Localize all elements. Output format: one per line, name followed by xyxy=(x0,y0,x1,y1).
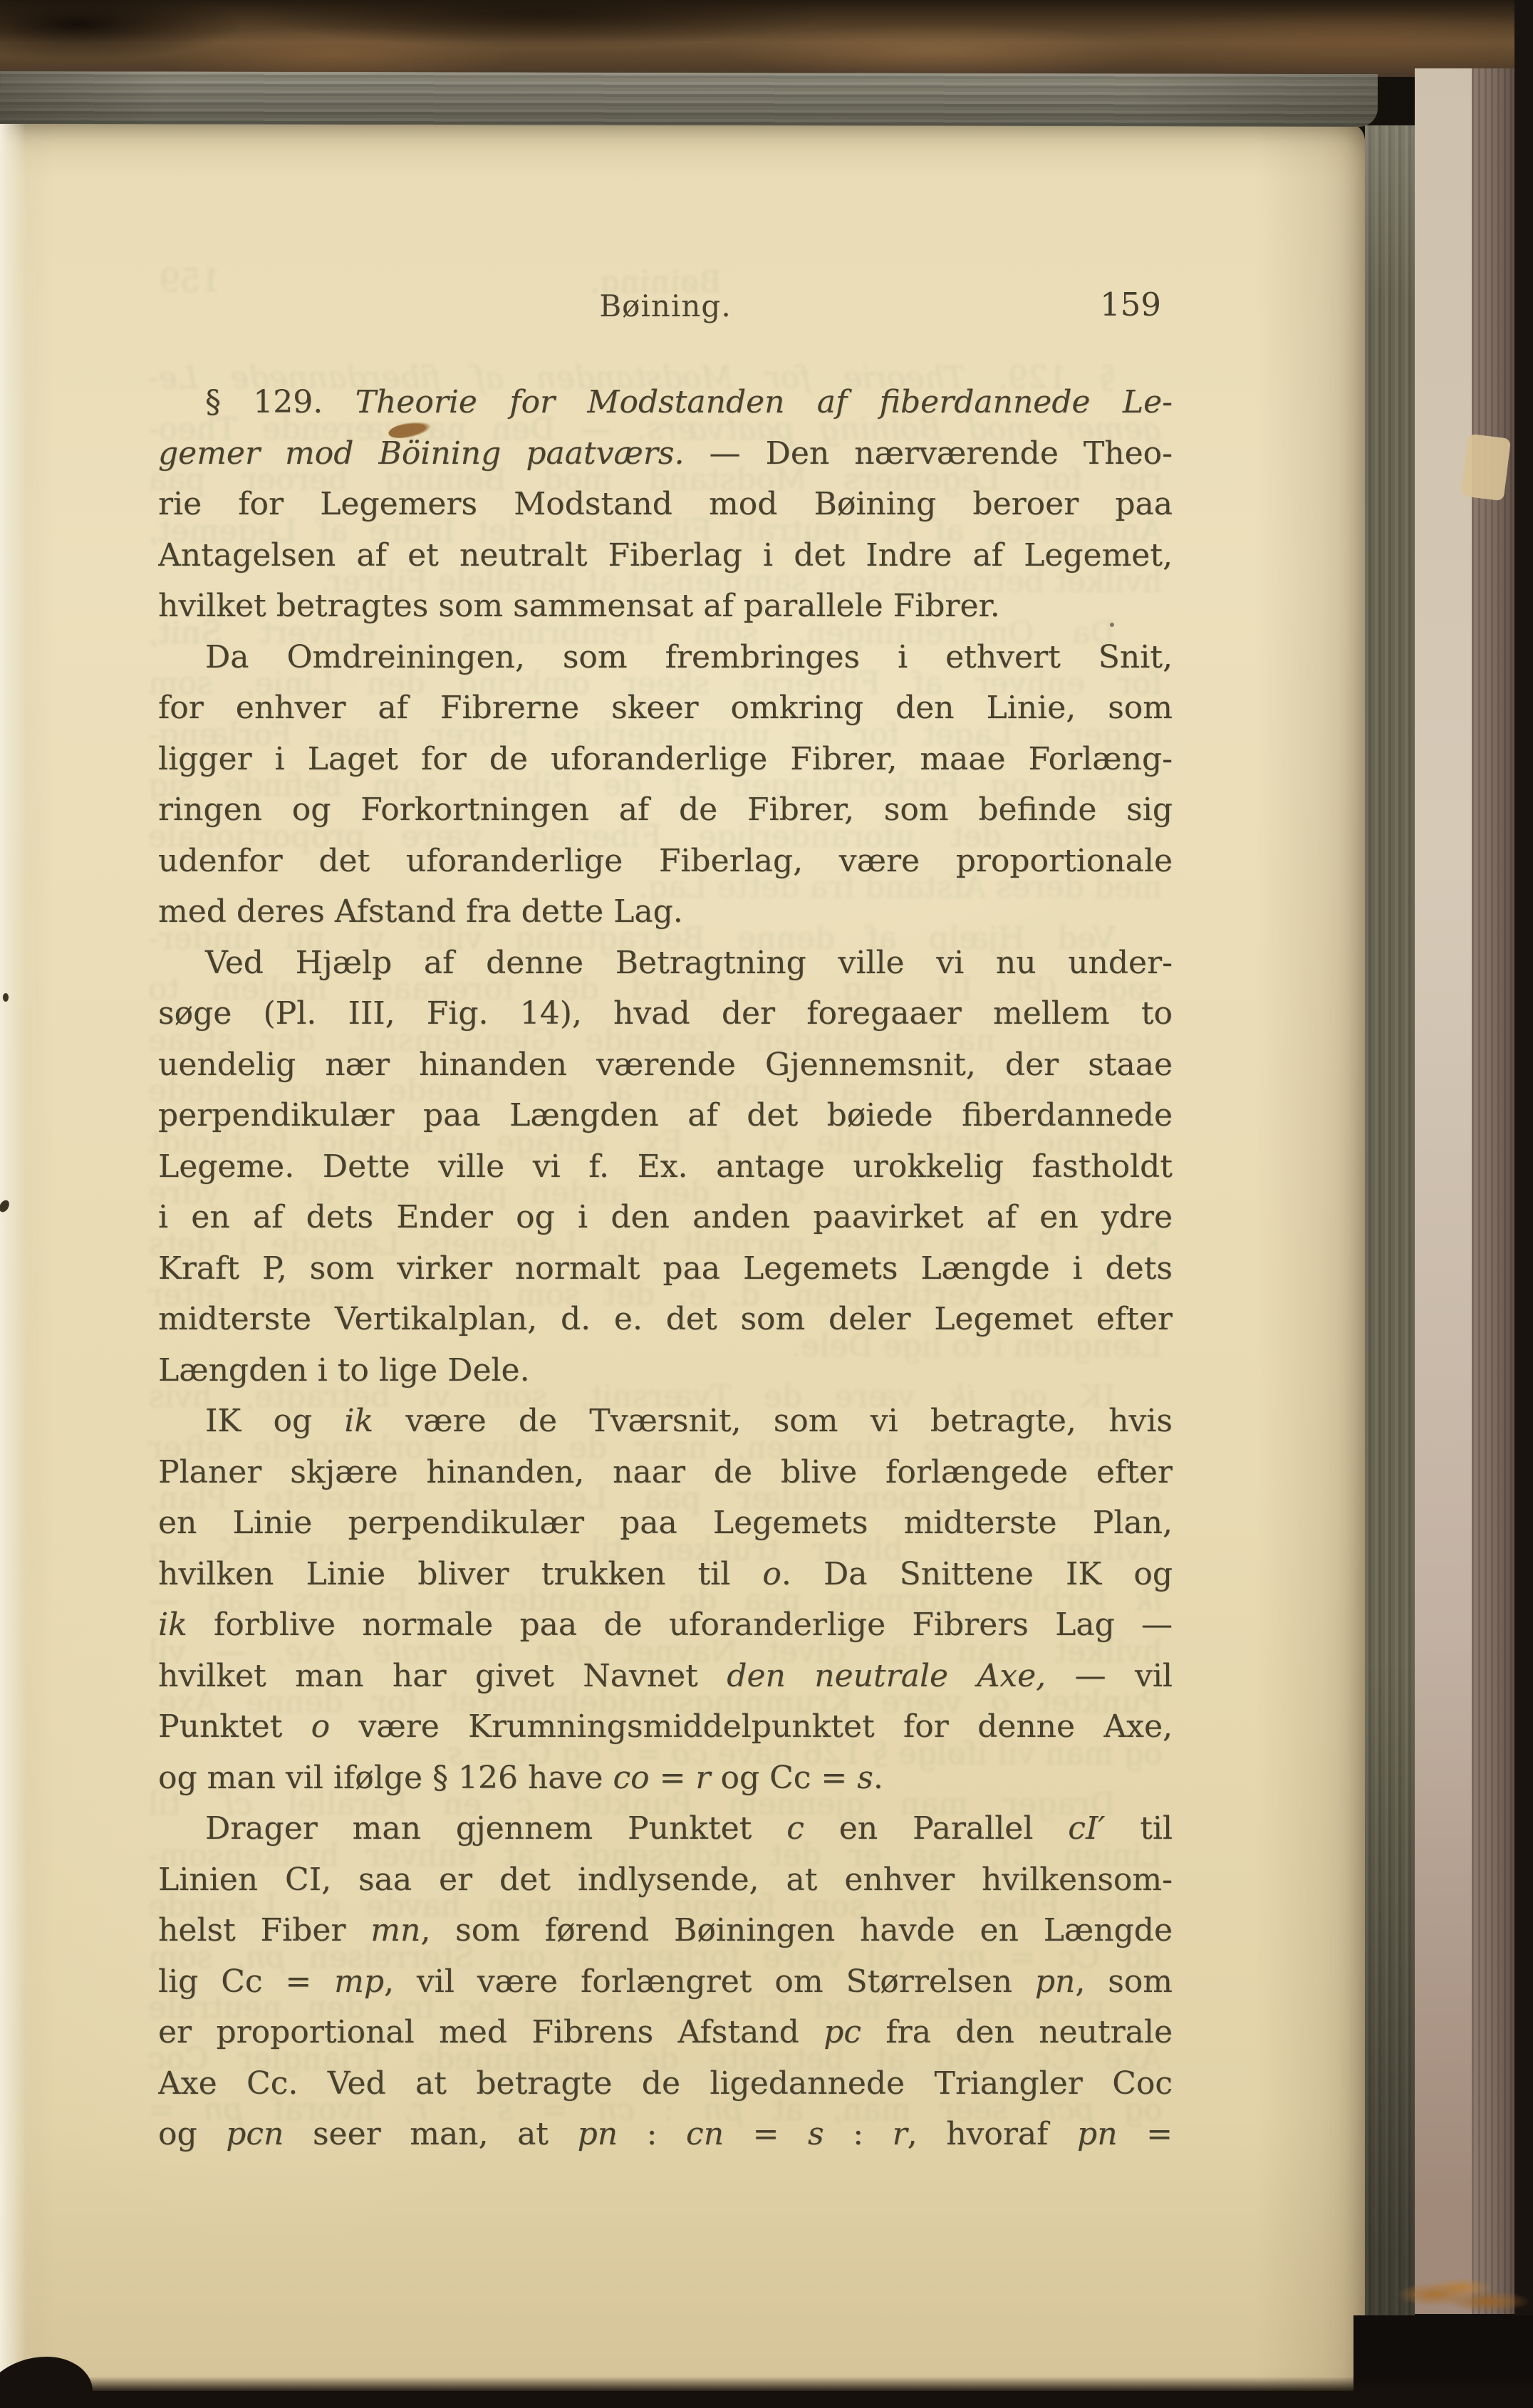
board-edge-light xyxy=(1415,68,1472,2314)
roman-text: — vil xyxy=(1046,1658,1173,1694)
italic-text: cI′ xyxy=(1068,1810,1105,1847)
roman-text: lig Cc = xyxy=(158,1963,334,2000)
italic-text: cn xyxy=(686,2116,724,2152)
roman-text: rie for Legemers Modstand mod Bøining be… xyxy=(158,486,1173,522)
roman-text: i en af dets Ender og i den anden paavir… xyxy=(158,1199,1173,1235)
roman-text: IK og xyxy=(205,1403,344,1439)
page-number: 159 xyxy=(1100,286,1161,323)
italic-text: s xyxy=(857,1760,873,1796)
page-block-top-edge xyxy=(0,71,1378,127)
italic-text: o xyxy=(762,1556,781,1592)
italic-text: co xyxy=(613,1760,649,1796)
italic-text: Theorie for Modstanden af fiberdannede L… xyxy=(355,384,1173,420)
roman-text: Axe Cc. Ved at betragte de ligedannede T… xyxy=(158,2065,1173,2102)
italic-text: pn xyxy=(1077,2116,1118,2152)
text-line: Antagelsen af et neutralt Fiberlag i det… xyxy=(158,530,1173,581)
text-line: uendelig nær hinanden værende Gjennemsni… xyxy=(158,1039,1173,1091)
roman-text: , vil være forlængret om Størrelsen xyxy=(384,1963,1035,2000)
italic-text: pc xyxy=(823,2014,861,2050)
text-line: hvilken Linie bliver trukken til o. Da S… xyxy=(158,1549,1173,1600)
text-line: perpendikulær paa Længden af det bøiede … xyxy=(158,1090,1173,1141)
roman-text: med deres Afstand fra dette Lag. xyxy=(158,893,683,930)
roman-text: , som førend Bøiningen havde en Længde xyxy=(420,1912,1173,1948)
text-line: ringen og Forkortningen af de Fibrer, so… xyxy=(158,784,1173,836)
roman-text: Punktet xyxy=(158,1708,311,1745)
roman-text: hvilket man har givet Navnet xyxy=(158,1658,727,1694)
italic-text: o xyxy=(311,1708,331,1745)
text-line: i en af dets Ender og i den anden paavir… xyxy=(158,1192,1173,1243)
roman-text: og xyxy=(158,2116,226,2152)
roman-text: ligger i Laget for de uforanderlige Fibr… xyxy=(158,741,1173,777)
text-line: for enhver af Fibrerne skeer omkring den… xyxy=(158,683,1173,734)
roman-text: være Krumningsmiddelpunktet for denne Ax… xyxy=(330,1708,1173,1745)
paper-speck xyxy=(3,993,9,1002)
text-line: hvilket man har givet Navnet den neutral… xyxy=(158,1651,1173,1702)
roman-text: en Parallel xyxy=(804,1810,1068,1847)
roman-text: Kraft P, som virker normalt paa Legemets… xyxy=(158,1250,1173,1287)
roman-text: en Linie perpendikulær paa Legemets midt… xyxy=(158,1505,1173,1541)
roman-text: hvilken Linie bliver trukken til xyxy=(158,1556,762,1592)
text-line: gemer mod Böining paatværs. — Den nærvær… xyxy=(158,428,1173,479)
roman-text: — Den nærværende Theo- xyxy=(684,435,1173,472)
italic-text: c xyxy=(786,1810,804,1847)
text-line: Punktet o være Krumningsmiddelpunktet fo… xyxy=(158,1701,1173,1753)
text-line: midterste Vertikalplan, d. e. det som de… xyxy=(158,1294,1173,1345)
italic-text: ik xyxy=(344,1403,373,1439)
text-line: hvilket betragtes som sammensat af paral… xyxy=(158,581,1173,632)
italic-text: pn xyxy=(1035,1963,1076,2000)
roman-text: seer man, at xyxy=(284,2116,577,2152)
page-header: Bøining. 159 xyxy=(158,289,1173,333)
text-line: rie for Legemers Modstand mod Bøining be… xyxy=(158,479,1173,530)
text-line: med deres Afstand fra dette Lag. xyxy=(158,886,1173,938)
body-text: § 129. Theorie for Modstanden af fiberda… xyxy=(158,377,1173,2160)
text-line: en Linie perpendikulær paa Legemets midt… xyxy=(158,1498,1173,1549)
page-gutter-light-edge xyxy=(0,123,26,2391)
roman-text: forblive normale paa de uforanderlige Fi… xyxy=(187,1607,1173,1643)
text-layer: Bøining. 159 § 129. Theorie for Modstand… xyxy=(158,123,1173,2391)
roman-text: Legeme. Dette ville vi f. Ex. antage uro… xyxy=(158,1148,1173,1185)
roman-text: . Da Snittene IK og xyxy=(781,1556,1173,1592)
text-line: Planer skjære hinanden, naar de blive fo… xyxy=(158,1447,1173,1498)
text-line: § 129. Theorie for Modstanden af fiberda… xyxy=(158,377,1173,428)
italic-text: r xyxy=(893,2116,908,2152)
roman-text: helst Fiber xyxy=(158,1912,370,1948)
italic-text: den neutrale Axe, xyxy=(727,1658,1046,1694)
cover-fray-corner xyxy=(1393,2274,1529,2320)
scanned-book-photo: Bøining. 159 § 129. Theorie for Modstand… xyxy=(0,0,1533,2408)
text-line: og man vil ifølge § 126 have co = r og C… xyxy=(158,1753,1173,1804)
roman-text: = xyxy=(650,1760,696,1796)
text-line: helst Fiber mn, som førend Bøiningen hav… xyxy=(158,1905,1173,1956)
text-line: og pcn seer man, at pn : cn = s : r, hvo… xyxy=(158,2109,1173,2160)
book-page: Bøining. 159 § 129. Theorie for Modstand… xyxy=(0,123,1365,2391)
roman-text: , hvoraf xyxy=(908,2116,1077,2152)
text-line: Axe Cc. Ved at betragte de ligedannede T… xyxy=(158,2058,1173,2109)
roman-text: = xyxy=(1118,2116,1173,2152)
page-block-fore-edge xyxy=(1365,125,1415,2317)
roman-text: Da Omdreiningen, som frembringes i ethve… xyxy=(205,639,1173,675)
roman-text: og man vil ifølge § 126 have xyxy=(158,1760,613,1796)
text-line: lig Cc = mp, vil være forlængret om Stør… xyxy=(158,1956,1173,2008)
shadow-bottom xyxy=(0,2377,1533,2408)
italic-text: pcn xyxy=(226,2116,284,2152)
text-line: Legeme. Dette ville vi f. Ex. antage uro… xyxy=(158,1141,1173,1193)
roman-text: ringen og Forkortningen af de Fibrer, so… xyxy=(158,792,1173,828)
text-line: Da Omdreiningen, som frembringes i ethve… xyxy=(158,632,1173,683)
roman-text: Antagelsen af et neutralt Fiberlag i det… xyxy=(158,537,1173,574)
text-line: ik forblive normale paa de uforanderlige… xyxy=(158,1599,1173,1651)
text-line: Ved Hjælp af denne Betragtning ville vi … xyxy=(158,938,1173,989)
italic-text: mp xyxy=(334,1963,384,2000)
roman-text: er proportional med Fibrens Afstand xyxy=(158,2014,823,2050)
roman-text: til xyxy=(1105,1810,1173,1847)
roman-text: søge (Pl. III, Fig. 14), hvad der forega… xyxy=(158,995,1173,1032)
roman-text: : xyxy=(618,2116,686,2152)
roman-text: uendelig nær hinanden værende Gjennemsni… xyxy=(158,1047,1173,1083)
italic-text: ik xyxy=(158,1607,187,1643)
text-line: udenfor det uforanderlige Fiberlag, være… xyxy=(158,836,1173,887)
text-line: Drager man gjennem Punktet c en Parallel… xyxy=(158,1803,1173,1854)
board-edge-worn xyxy=(1472,68,1516,2314)
roman-text: = xyxy=(724,2116,808,2152)
roman-text: hvilket betragtes som sammensat af paral… xyxy=(158,588,1000,624)
italic-text: mn xyxy=(370,1912,420,1948)
roman-text: § 129. xyxy=(205,384,355,420)
roman-text: , som xyxy=(1075,1963,1173,2000)
roman-text: og Cc = xyxy=(710,1760,857,1796)
roman-text: Ved Hjælp af denne Betragtning ville vi … xyxy=(205,945,1173,981)
roman-text: Linien CI, saa er det indlysende, at enh… xyxy=(158,1862,1173,1898)
roman-text: . xyxy=(873,1760,883,1796)
text-line: ligger i Laget for de uforanderlige Fibr… xyxy=(158,734,1173,785)
roman-text: Planer skjære hinanden, naar de blive fo… xyxy=(158,1454,1173,1490)
roman-text: : xyxy=(824,2116,893,2152)
italic-text: pn xyxy=(578,2116,618,2152)
roman-text: være de Tværsnit, som vi betragte, hvis xyxy=(373,1403,1173,1439)
book-cover-top-edge xyxy=(0,0,1533,77)
roman-text: for enhver af Fibrerne skeer omkring den… xyxy=(158,690,1173,726)
paper-speck xyxy=(1110,623,1114,627)
running-title: Bøining. xyxy=(158,289,1173,323)
roman-text: fra den neutrale xyxy=(861,2014,1173,2050)
roman-text: midterste Vertikalplan, d. e. det som de… xyxy=(158,1301,1173,1337)
roman-text: udenfor det uforanderlige Fiberlag, være… xyxy=(158,843,1173,879)
italic-text: s xyxy=(808,2116,824,2152)
text-line: Linien CI, saa er det indlysende, at enh… xyxy=(158,1854,1173,1906)
text-line: Længden i to lige Dele. xyxy=(158,1345,1173,1396)
cover-chip xyxy=(1461,434,1511,502)
text-line: er proportional med Fibrens Afstand pc f… xyxy=(158,2007,1173,2058)
text-line: IK og ik være de Tværsnit, som vi betrag… xyxy=(158,1396,1173,1447)
cover-dark-edge xyxy=(1514,0,1533,2408)
italic-text: r xyxy=(695,1760,710,1796)
italic-text: gemer mod Böining paatværs. xyxy=(158,435,684,472)
roman-text: Længden i to lige Dele. xyxy=(158,1352,530,1389)
text-line: Kraft P, som virker normalt paa Legemets… xyxy=(158,1243,1173,1294)
roman-text: perpendikulær paa Længden af det bøiede … xyxy=(158,1097,1173,1133)
text-line: søge (Pl. III, Fig. 14), hvad der forega… xyxy=(158,988,1173,1039)
roman-text: Drager man gjennem Punktet xyxy=(205,1810,786,1847)
